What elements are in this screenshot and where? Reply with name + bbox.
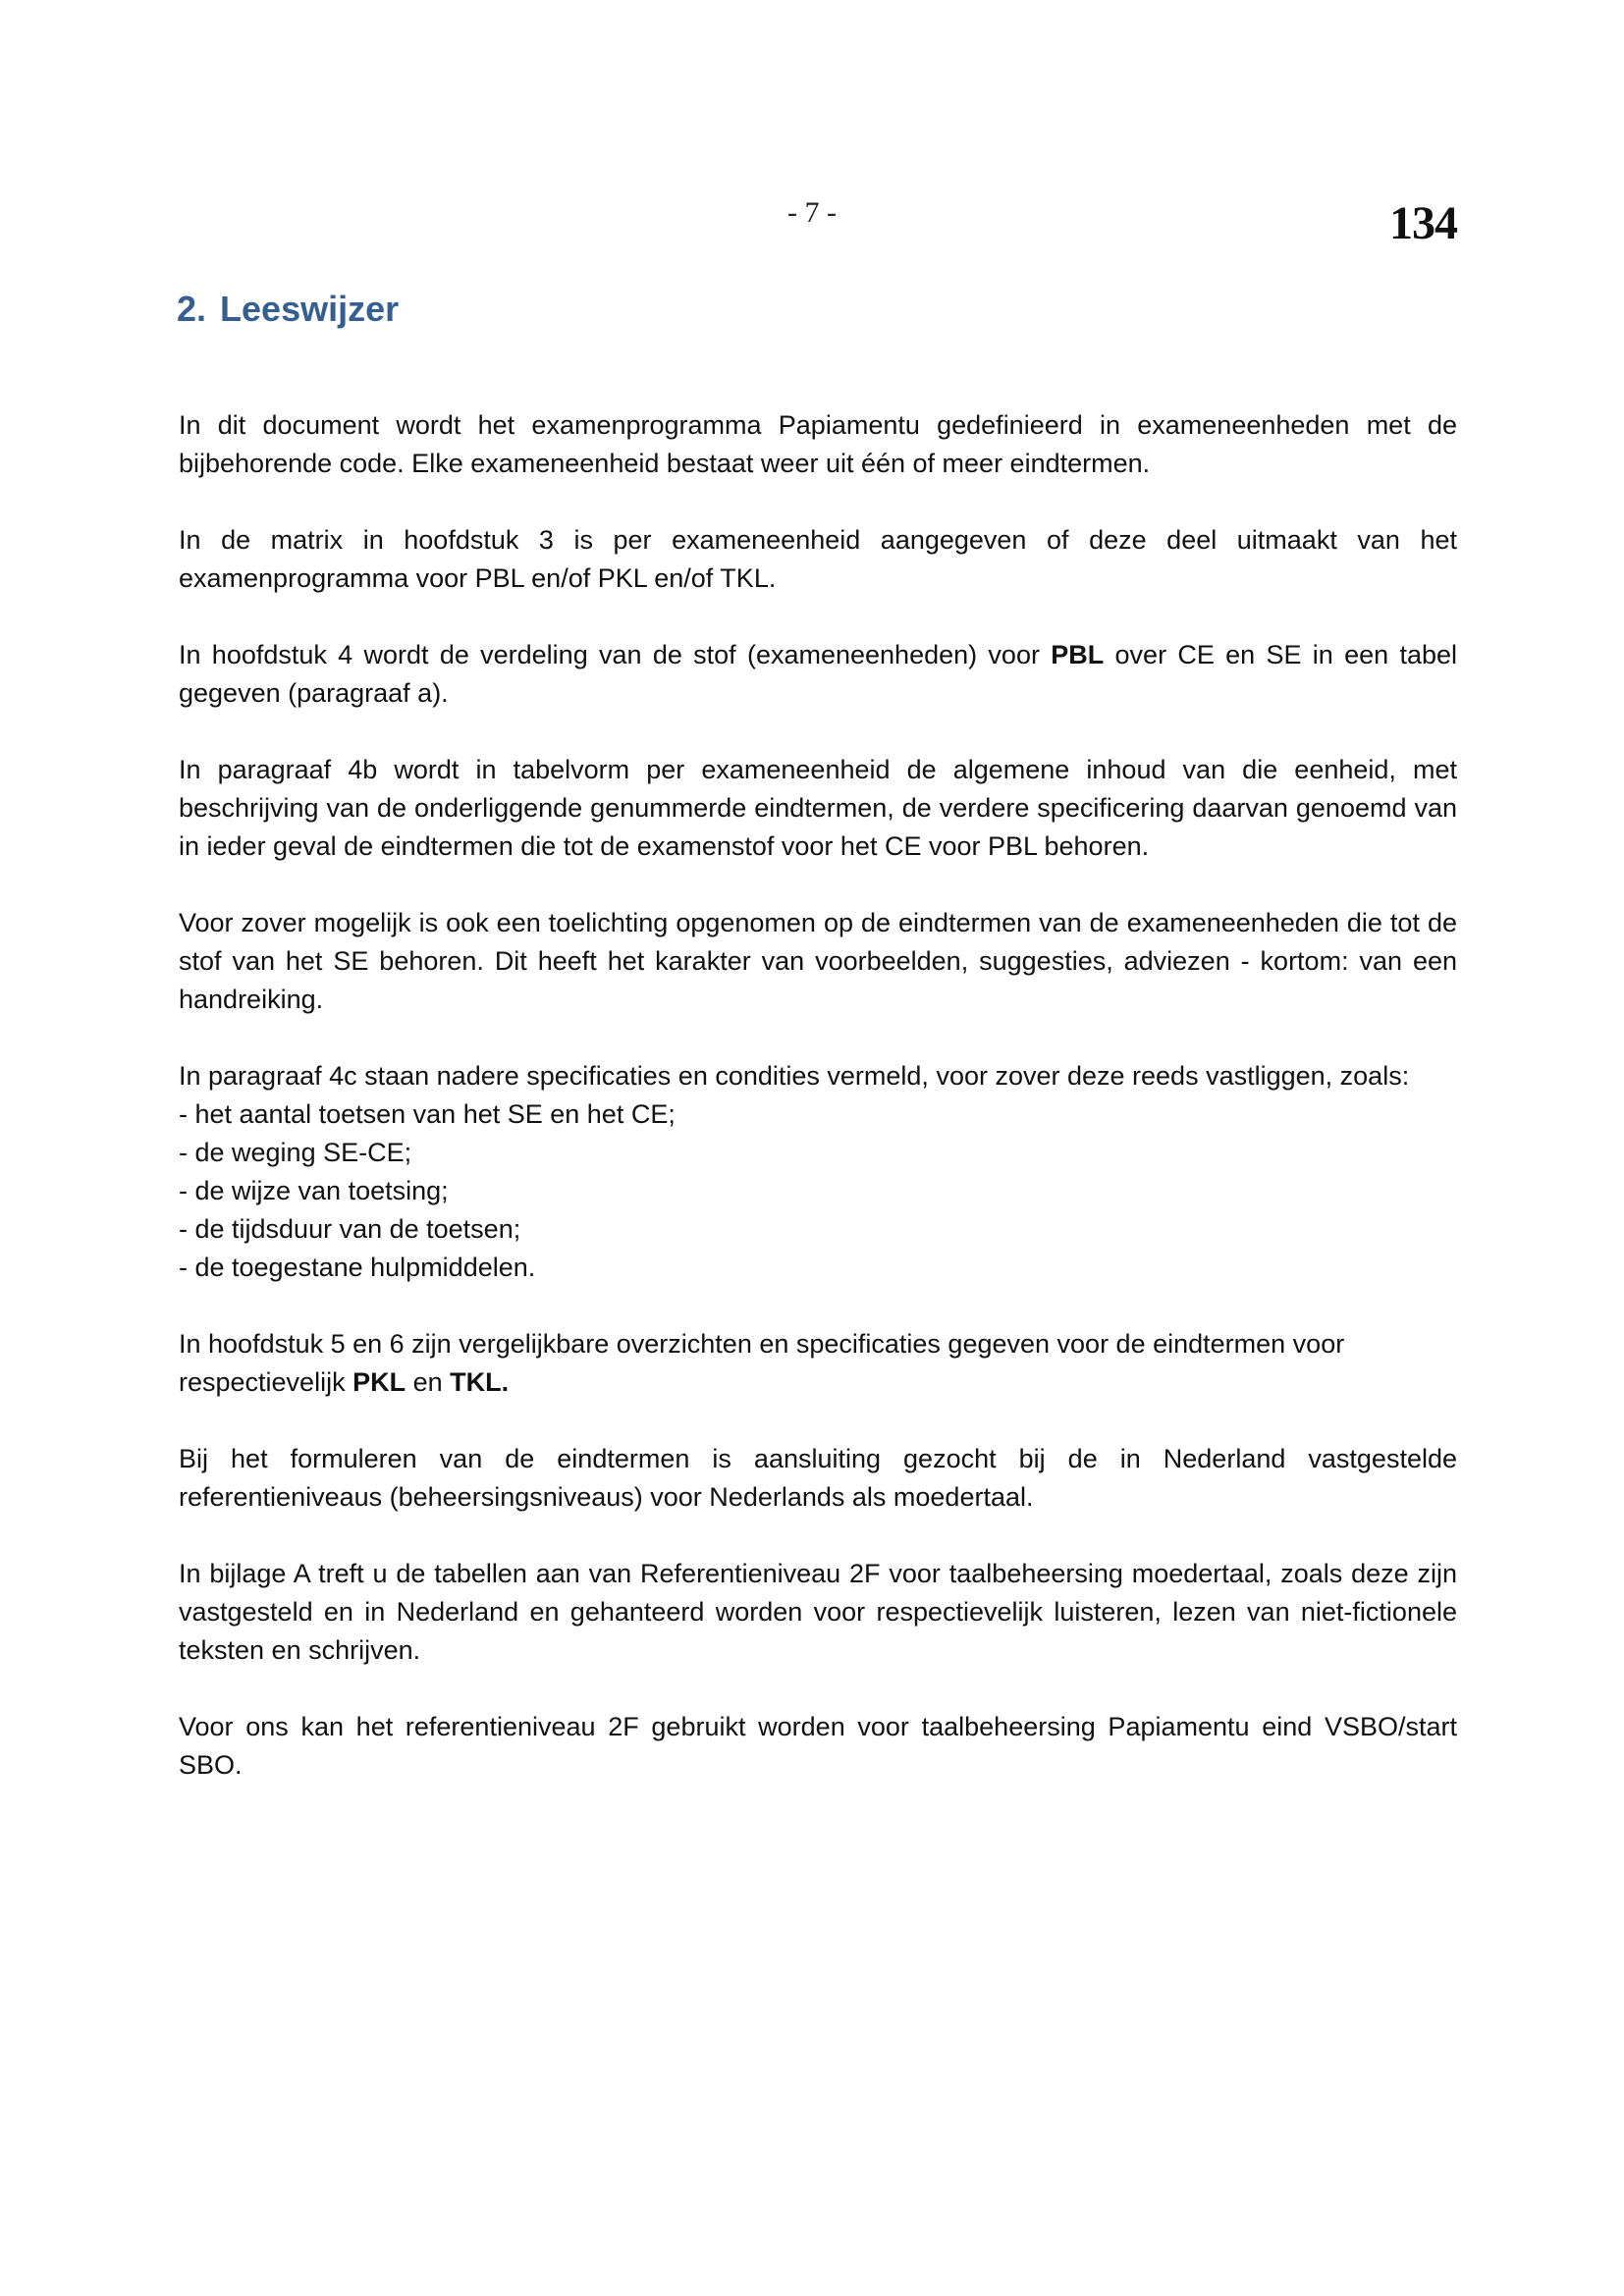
paragraph-4c: In paragraaf 4c staan nadere specificati…: [179, 1057, 1457, 1287]
list-item: - het aantal toetsen van het SE en het C…: [179, 1095, 1457, 1134]
list-item: - de weging SE-CE;: [179, 1134, 1457, 1172]
paragraph-matrix: In de matrix in hoofdstuk 3 is per exame…: [179, 521, 1457, 598]
body-text: In dit document wordt het examenprogramm…: [179, 406, 1457, 1823]
chapter-title: Leeswijzer: [220, 289, 399, 329]
list-item: - de tijdsduur van de toetsen;: [179, 1210, 1457, 1249]
list-item: - de wijze van toetsing;: [179, 1172, 1457, 1210]
paragraph-4c-intro: In paragraaf 4c staan nadere specificati…: [179, 1057, 1457, 1095]
chapter-number: 2.: [177, 289, 206, 329]
chapter-heading: 2.Leeswijzer: [177, 289, 399, 330]
paragraph-2f: Voor ons kan het referentieniveau 2F geb…: [179, 1708, 1457, 1785]
bold-term-tkl: TKL.: [450, 1367, 509, 1397]
paragraph-chapter-5-6: In hoofdstuk 5 en 6 zijn vergelijkbare o…: [179, 1325, 1457, 1402]
text-span: In hoofdstuk 4 wordt de verdeling van de…: [179, 640, 1051, 669]
paragraph-bijlage-a: In bijlage A treft u de tabellen aan van…: [179, 1555, 1457, 1670]
specification-list: - het aantal toetsen van het SE en het C…: [179, 1095, 1457, 1287]
bold-term-pkl: PKL: [352, 1367, 406, 1397]
stamp-number: 134: [1389, 196, 1457, 250]
paragraph-intro: In dit document wordt het examenprogramm…: [179, 406, 1457, 483]
paragraph-referentieniveaus: Bij het formuleren van de eindtermen is …: [179, 1440, 1457, 1517]
page-number: - 7 -: [714, 196, 910, 230]
paragraph-chapter-4: In hoofdstuk 4 wordt de verdeling van de…: [179, 636, 1457, 713]
text-span: en: [406, 1367, 450, 1397]
list-item: - de toegestane hulpmiddelen.: [179, 1249, 1457, 1287]
paragraph-toelichting: Voor zover mogelijk is ook een toelichti…: [179, 904, 1457, 1019]
bold-term-pbl: PBL: [1051, 640, 1104, 669]
paragraph-4b: In paragraaf 4b wordt in tabelvorm per e…: [179, 751, 1457, 866]
